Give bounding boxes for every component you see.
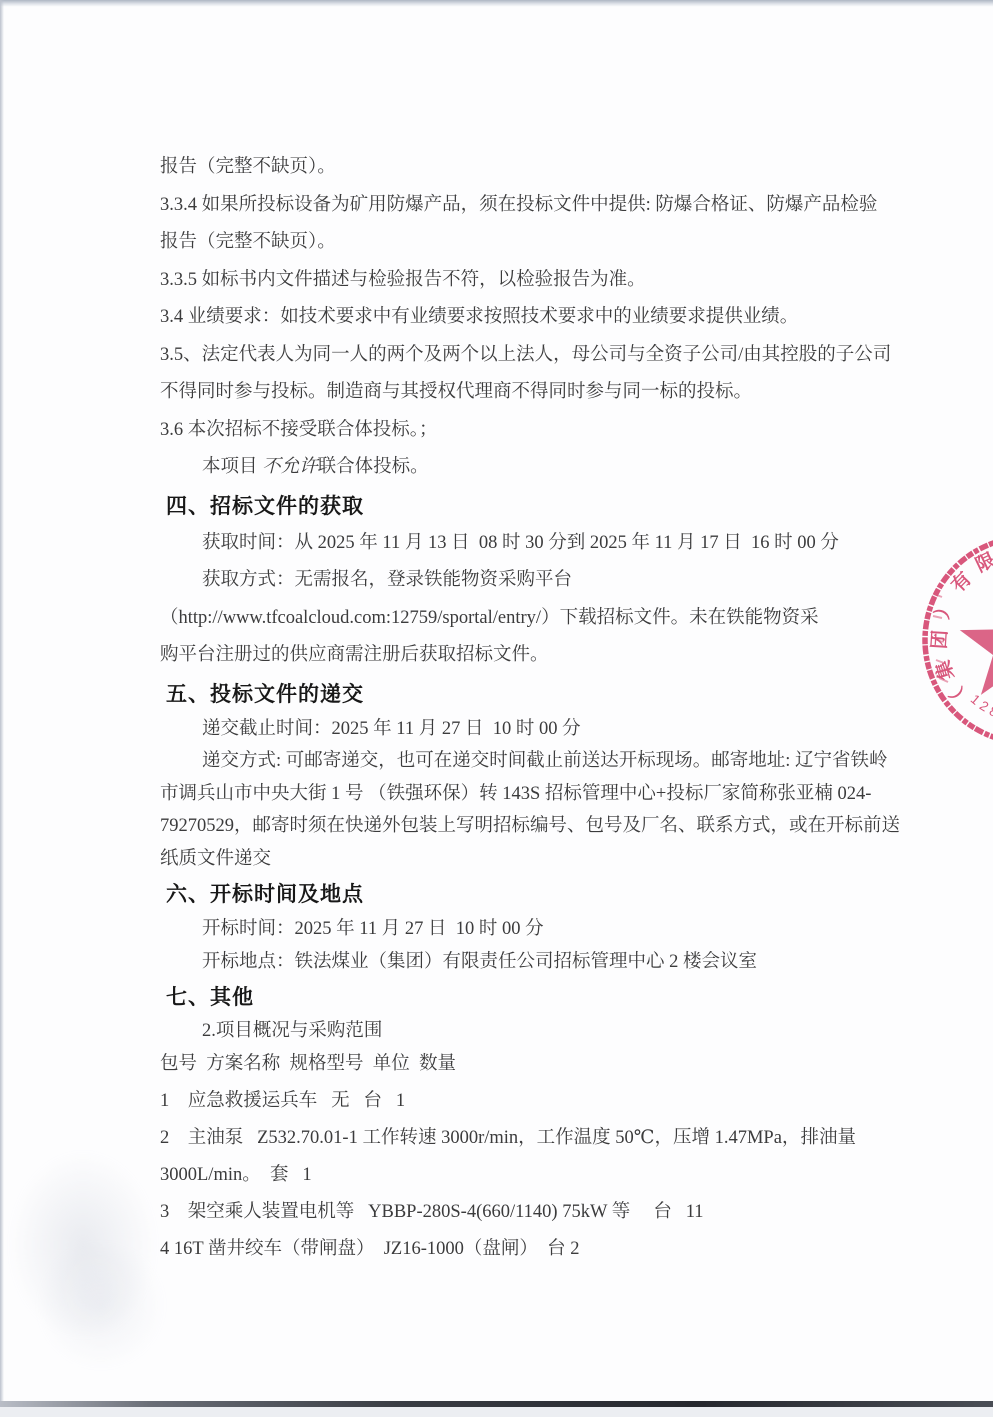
table-row: 1 应急救援运兵车 无 台 1: [160, 1083, 850, 1120]
text-line: 市调兵山市中央大街 1 号 （铁强环保）转 143S 招标管理中心+投标厂家简称…: [160, 778, 850, 811]
text-run: （http://www.tfcoalcloud.com:12759/sporta…: [160, 608, 819, 628]
scan-smudge: [36, 1240, 166, 1370]
section-heading-6: 六、开标时间及地点: [160, 875, 850, 913]
text-run: 2 主油泵 Z532.70.01-1 工作转速 3000r/min，工作温度 5…: [160, 1128, 856, 1148]
text-run: 4 16T 凿井绞车（带闸盘） JZ16-1000（盘闸） 台 2: [160, 1239, 580, 1259]
text-run: 79270529，邮寄时须在快递外包装上写明招标编号、包号及厂名、联系方式，或在…: [160, 816, 900, 836]
text-run: 纸质文件递交: [160, 849, 271, 869]
text-run: 3.3.4 如果所投标设备为矿用防爆产品，须在投标文件中提供: 防爆合格证、防爆…: [160, 195, 877, 215]
text-line: 不得同时参与投标。制造商与其授权代理商不得同时参与同一标的投标。: [160, 374, 850, 412]
text-line: 获取时间：从 2025 年 11 月 13 日 08 时 30 分到 2025 …: [160, 525, 850, 563]
page-edge-bottom-shadow: [0, 1407, 993, 1417]
text-line: 递交方式: 可邮寄递交，也可在递交时间截止前送达开标现场。邮寄地址: 辽宁省铁岭: [160, 745, 850, 778]
table-row: 2 主油泵 Z532.70.01-1 工作转速 3000r/min，工作温度 5…: [160, 1120, 850, 1157]
text-run: 本项目: [202, 457, 262, 477]
section-heading-5: 五、投标文件的递交: [160, 675, 850, 713]
seal-graphic: （集团）有限 1281001: [925, 537, 993, 743]
text-line: 3.5、法定代表人为同一人的两个及两个以上法人，母公司与全资子公司/由其控股的子…: [160, 337, 850, 375]
text-run: 不允许: [262, 457, 318, 477]
text-run: 联合体投标。: [318, 457, 429, 477]
text-run: 3.6 本次招标不接受联合体投标。；: [160, 420, 438, 440]
official-seal-stamp: （集团）有限 1281001: [833, 482, 993, 802]
text-line: 2.项目概况与采购范围: [160, 1016, 850, 1046]
text-run: 3.4 业绩要求：如技术要求中有业绩要求按照技术要求中的业绩要求提供业绩。: [160, 307, 798, 327]
text-line: 3.3.5 如标书内文件描述与检验报告不符，以检验报告为准。: [160, 262, 850, 300]
seal-star-icon: [960, 590, 993, 695]
text-line: 报告（完整不缺页）。: [160, 149, 850, 187]
section-heading-7: 七、其他: [160, 978, 850, 1016]
text-line: 递交截止时间：2025 年 11 月 27 日 10 时 00 分: [160, 713, 850, 746]
text-line: 3.4 业绩要求：如技术要求中有业绩要求按照技术要求中的业绩要求提供业绩。: [160, 299, 850, 337]
text-run: 包号 方案名称 规格型号 单位 数量: [160, 1054, 456, 1074]
text-run: 获取方式：无需报名，登录铁能物资采购平台: [202, 570, 572, 590]
text-run: 3.5、法定代表人为同一人的两个及两个以上法人，母公司与全资子公司/由其控股的子…: [160, 345, 891, 365]
text-line: 79270529，邮寄时须在快递外包装上写明招标编号、包号及厂名、联系方式，或在…: [160, 810, 850, 843]
text-run: 五、投标文件的递交: [166, 682, 364, 706]
text-line: 本项目 不允许联合体投标。: [160, 449, 850, 487]
document-page: { "document": { "lines": [ {"name":"text…: [0, 0, 993, 1417]
text-run: 购平台注册过的供应商需注册后获取招标文件。: [160, 645, 549, 665]
table-row: 4 16T 凿井绞车（带闸盘） JZ16-1000（盘闸） 台 2: [160, 1231, 850, 1268]
text-run: 开标地点：铁法煤业（集团）有限责任公司招标管理中心 2 楼会议室: [202, 952, 757, 972]
text-line: 3.3.4 如果所投标设备为矿用防爆产品，须在投标文件中提供: 防爆合格证、防爆…: [160, 187, 850, 225]
text-run: 3.3.5 如标书内文件描述与检验报告不符，以检验报告为准。: [160, 270, 646, 290]
table-header-row: 包号 方案名称 规格型号 单位 数量: [160, 1046, 850, 1083]
text-line: 报告（完整不缺页）。: [160, 224, 850, 262]
table-row: 3000L/min。 套 1: [160, 1157, 850, 1194]
text-run: 递交方式: 可邮寄递交，也可在递交时间截止前送达开标现场。邮寄地址: 辽宁省铁岭: [202, 751, 888, 771]
text-run: 四、招标文件的获取: [166, 494, 364, 518]
text-line: （http://www.tfcoalcloud.com:12759/sporta…: [160, 600, 850, 638]
text-line: 开标地点：铁法煤业（集团）有限责任公司招标管理中心 2 楼会议室: [160, 946, 850, 979]
text-run: 报告（完整不缺页）。: [160, 157, 336, 177]
text-run: 3 架空乘人装置电机等 YBBP-280S-4(660/1140) 75kW 等…: [160, 1202, 704, 1222]
text-line: 购平台注册过的供应商需注册后获取招标文件。: [160, 637, 850, 675]
text-run: 开标时间：2025 年 11 月 27 日 10 时 00 分: [202, 919, 544, 939]
text-run: 1 应急救援运兵车 无 台 1: [160, 1091, 405, 1111]
text-run: 报告（完整不缺页）。: [160, 232, 336, 252]
text-run: 3000L/min。 套 1: [160, 1165, 312, 1185]
scan-smudge: [8, 1150, 158, 1340]
section-heading-4: 四、招标文件的获取: [160, 487, 850, 525]
text-line: 开标时间：2025 年 11 月 27 日 10 时 00 分: [160, 913, 850, 946]
text-line: 纸质文件递交: [160, 843, 850, 876]
text-run: 2.项目概况与采购范围: [202, 1021, 382, 1041]
text-run: 递交截止时间：2025 年 11 月 27 日 10 时 00 分: [202, 719, 581, 739]
page-edge-top: [0, 0, 993, 7]
text-run: 六、开标时间及地点: [166, 882, 364, 906]
table-row: 3 架空乘人装置电机等 YBBP-280S-4(660/1140) 75kW 等…: [160, 1194, 850, 1231]
text-run: 获取时间：从 2025 年 11 月 13 日 08 时 30 分到 2025 …: [202, 533, 839, 553]
text-line: 3.6 本次招标不接受联合体投标。；: [160, 412, 850, 450]
text-line: 获取方式：无需报名，登录铁能物资采购平台: [160, 562, 850, 600]
text-run: 市调兵山市中央大街 1 号 （铁强环保）转 143S 招标管理中心+投标厂家简称…: [160, 784, 871, 804]
text-run: 七、其他: [166, 985, 254, 1009]
document-text: 报告（完整不缺页）。3.3.4 如果所投标设备为矿用防爆产品，须在投标文件中提供…: [160, 149, 850, 1268]
text-run: 不得同时参与投标。制造商与其授权代理商不得同时参与同一标的投标。: [160, 382, 752, 402]
page-edge-left: [0, 0, 4, 1417]
